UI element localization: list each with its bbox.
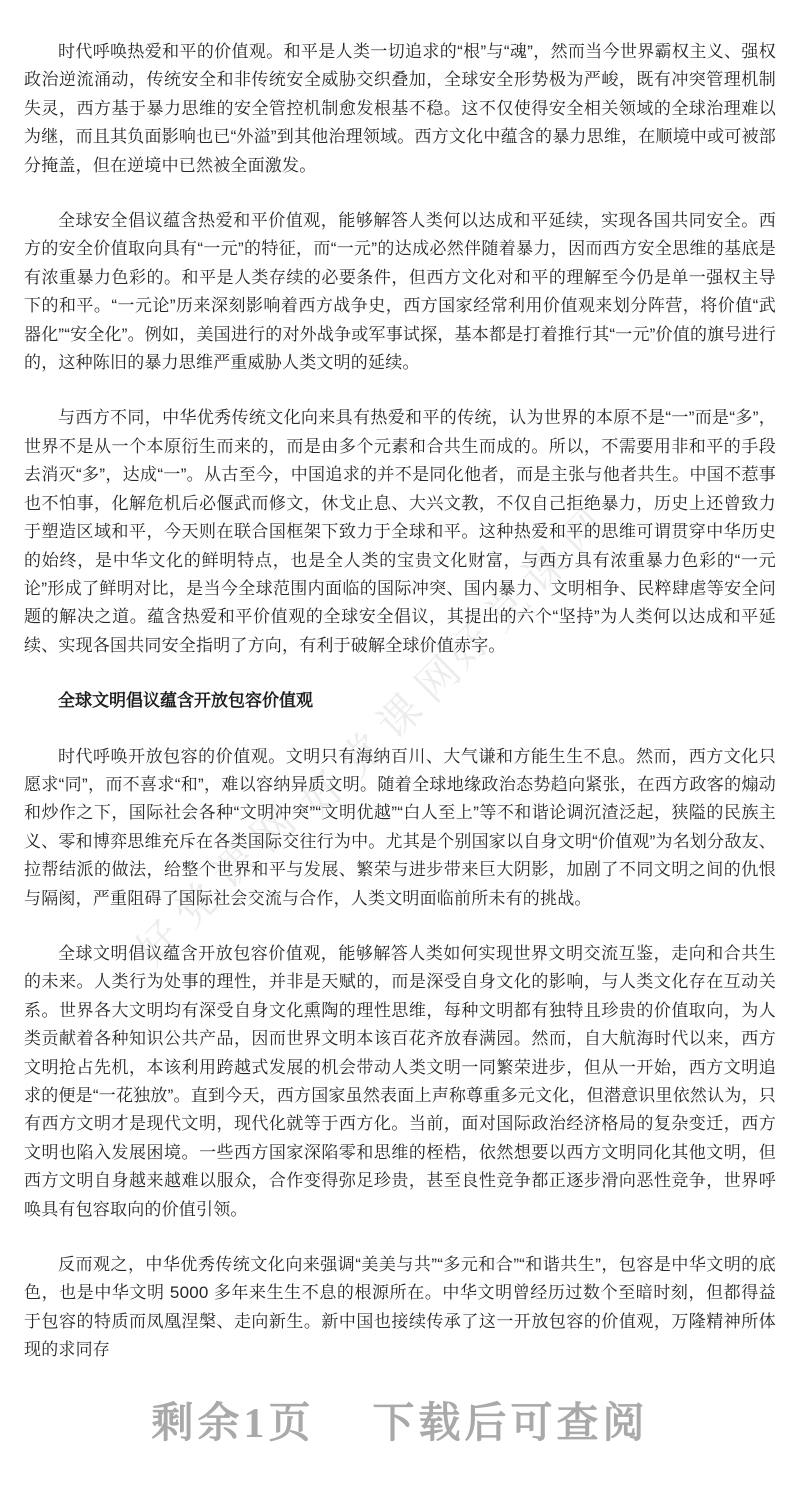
paragraph-chinese-tradition-peace: 与西方不同，中华优秀传统文化向来具有热爱和平的传统，认为世界的本原不是“一”而是… xyxy=(24,404,776,660)
section-heading-civilization-initiative: 全球文明倡议蕴含开放包容价值观 xyxy=(24,687,776,715)
paragraph-global-security-initiative: 全球安全倡议蕴含热爱和平价值观，能够解答人类何以达成和平延续，实现各国共同安全。… xyxy=(24,207,776,377)
document-page: 时代呼唤热爱和平的价值观。和平是人类一切追求的“根”与“魂”，然而当今世界霸权主… xyxy=(0,0,800,1365)
pages-remaining-notice: 剩余1页 下载后可查阅 xyxy=(0,1390,800,1450)
pages-remaining-label: 剩余1页 xyxy=(151,1390,314,1450)
paragraph-peace-values-intro: 时代呼唤热爱和平的价值观。和平是人类一切追求的“根”与“魂”，然而当今世界霸权主… xyxy=(24,38,776,180)
download-hint-label: 下载后可查阅 xyxy=(373,1390,649,1450)
paragraph-civilization-exchange: 全球文明倡议蕴含开放包容价值观，能够解答人类如何实现世界文明交流互鉴，走向和合共… xyxy=(24,940,776,1224)
paragraph-chinese-inclusiveness: 反而观之，中华优秀传统文化向来强调“美美与共”“多元和合”“和谐共生”，包容是中… xyxy=(24,1251,776,1365)
paragraph-open-inclusive-values: 时代呼唤开放包容的价值观。文明只有海纳百川、大气谦和方能生生不息。然而，西方文化… xyxy=(24,743,776,913)
